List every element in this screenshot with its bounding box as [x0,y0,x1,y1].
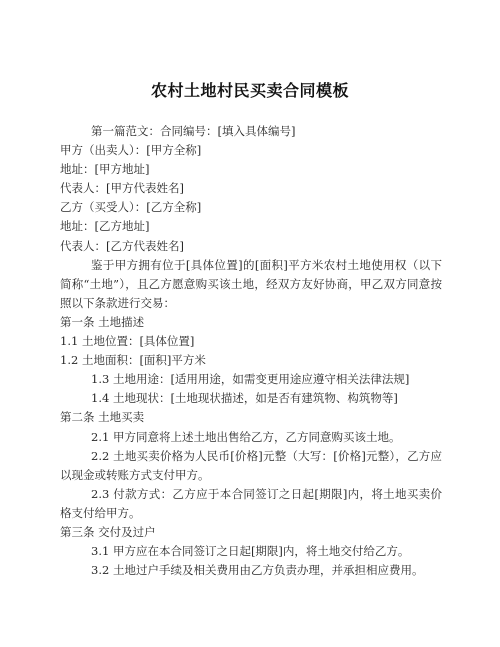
article-1-heading: 第一条 土地描述 [60,313,442,332]
clause-2-3: 2.3 付款方式：乙方应于本合同签订之日起[期限]内，将土地买卖价格支付给甲方。 [60,485,442,523]
document-page: 农村土地村民买卖合同模板 第一篇范文：合同编号：[填入具体编号] 甲方（出卖人）… [0,0,500,647]
party-b-name: 乙方（买受人）：[乙方全称] [60,198,442,217]
clause-1-2: 1.2 土地面积：[面积]平方米 [60,351,442,370]
party-a-address: 地址：[甲方地址] [60,160,442,179]
clause-3-2: 3.2 土地过户手续及相关费用由乙方负责办理，并承担相应费用。 [60,561,442,580]
party-a-name: 甲方（出卖人）：[甲方全称] [60,141,442,160]
article-2-heading: 第二条 土地买卖 [60,408,442,427]
clause-1-4: 1.4 土地现状：[土地现状描述，如是否有建筑物、构筑物等] [60,389,442,408]
party-a-representative: 代表人：[甲方代表姓名] [60,179,442,198]
clause-3-1: 3.1 甲方应在本合同签订之日起[期限]内，将土地交付给乙方。 [60,542,442,561]
document-title: 农村土地村民买卖合同模板 [0,78,500,101]
preamble-paragraph: 鉴于甲方拥有位于[具体位置]的[面积]平方米农村土地使用权（以下简称“土地”），… [60,256,442,313]
clause-1-3: 1.3 土地用途：[适用用途，如需变更用途应遵守相关法律法规] [60,370,442,389]
contract-number-line: 第一篇范文：合同编号：[填入具体编号] [60,122,442,141]
clause-2-2: 2.2 土地买卖价格为人民币[价格]元整（大写：[价格]元整），乙方应以现金或转… [60,447,442,485]
party-b-representative: 代表人：[乙方代表姓名] [60,237,442,256]
clause-1-1: 1.1 土地位置：[具体位置] [60,332,442,351]
clause-2-1: 2.1 甲方同意将上述土地出售给乙方，乙方同意购买该土地。 [60,428,442,447]
article-3-heading: 第三条 交付及过户 [60,523,442,542]
party-b-address: 地址：[乙方地址] [60,217,442,236]
document-body: 第一篇范文：合同编号：[填入具体编号] 甲方（出卖人）：[甲方全称] 地址：[甲… [60,122,442,580]
